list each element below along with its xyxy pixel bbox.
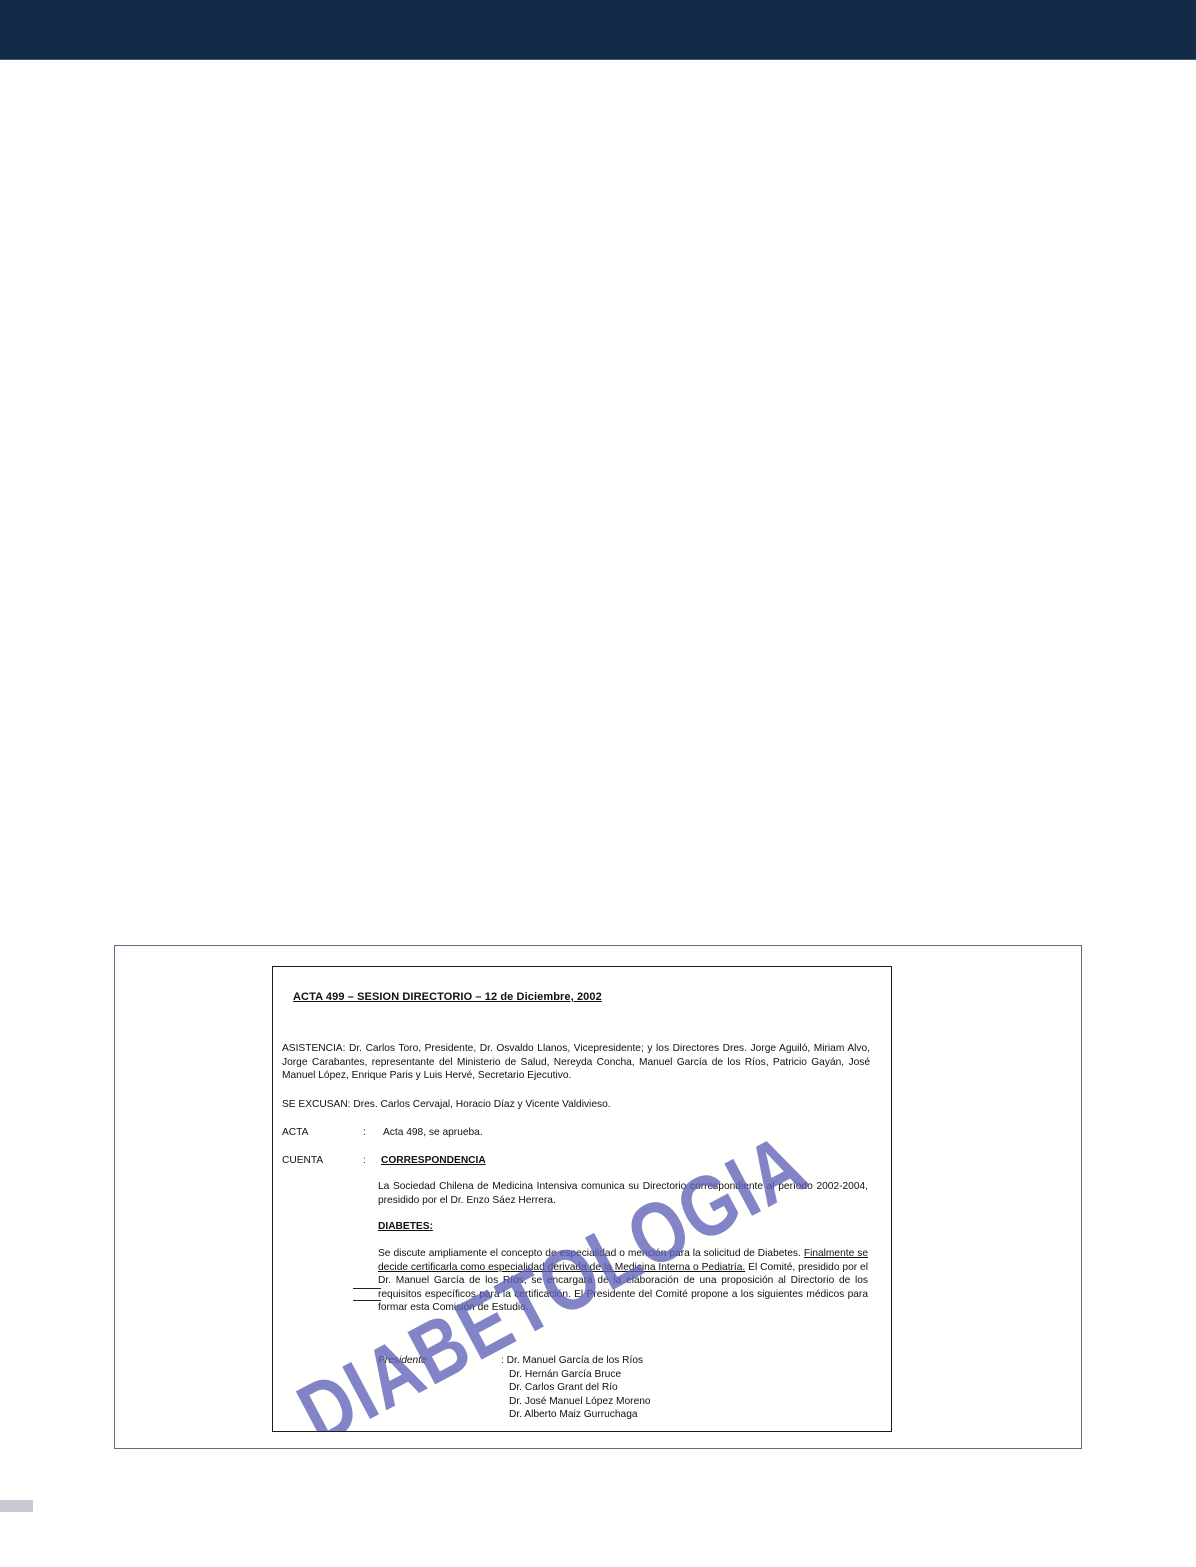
member: Dr. Alberto Maiz Gurruchaga xyxy=(501,1408,651,1422)
correspondencia-text: La Sociedad Chilena de Medicina Intensiv… xyxy=(378,1180,868,1207)
se-excusan-line: SE EXCUSAN: Dres. Carlos Cervajal, Horac… xyxy=(282,1098,611,1112)
correspondencia-heading: CORRESPONDENCIA xyxy=(381,1154,486,1168)
scanned-document: ACTA 499 – SESION DIRECTORIO – 12 de Dic… xyxy=(272,966,892,1432)
cuenta-row: CUENTA xyxy=(282,1154,323,1168)
cuenta-colon: : xyxy=(363,1154,366,1168)
asistencia-paragraph: ASISTENCIA: Dr. Carlos Toro, Presidente,… xyxy=(282,1042,870,1083)
member: Dr. Carlos Grant del Río xyxy=(501,1381,651,1395)
cuenta-label: CUENTA xyxy=(282,1154,323,1168)
committee-members: : Dr. Manuel García de los Ríos Dr. Hern… xyxy=(501,1354,651,1422)
presidente-label: Presidente xyxy=(378,1354,427,1368)
acta-colon: : xyxy=(363,1126,366,1140)
acta-label: ACTA xyxy=(282,1126,308,1140)
header-bar xyxy=(0,0,1196,60)
document-title: ACTA 499 – SESION DIRECTORIO – 12 de Dic… xyxy=(293,991,602,1005)
acta-row: ACTA xyxy=(282,1126,308,1140)
margin-mark xyxy=(353,1288,381,1289)
page-accent-bar xyxy=(0,1500,33,1512)
member: Dr. José Manuel López Moreno xyxy=(501,1395,651,1409)
member: Dr. Hernán García Bruce xyxy=(501,1368,651,1382)
diabetes-heading: DIABETES: xyxy=(378,1220,868,1234)
member: : Dr. Manuel García de los Ríos xyxy=(501,1354,651,1368)
diabetes-paragraph: Se discute ampliamente el concepto de es… xyxy=(378,1247,868,1315)
diabetes-text-1: Se discute ampliamente el concepto de es… xyxy=(378,1248,801,1259)
margin-mark xyxy=(353,1300,381,1301)
acta-value: Acta 498, se aprueba. xyxy=(383,1126,483,1140)
